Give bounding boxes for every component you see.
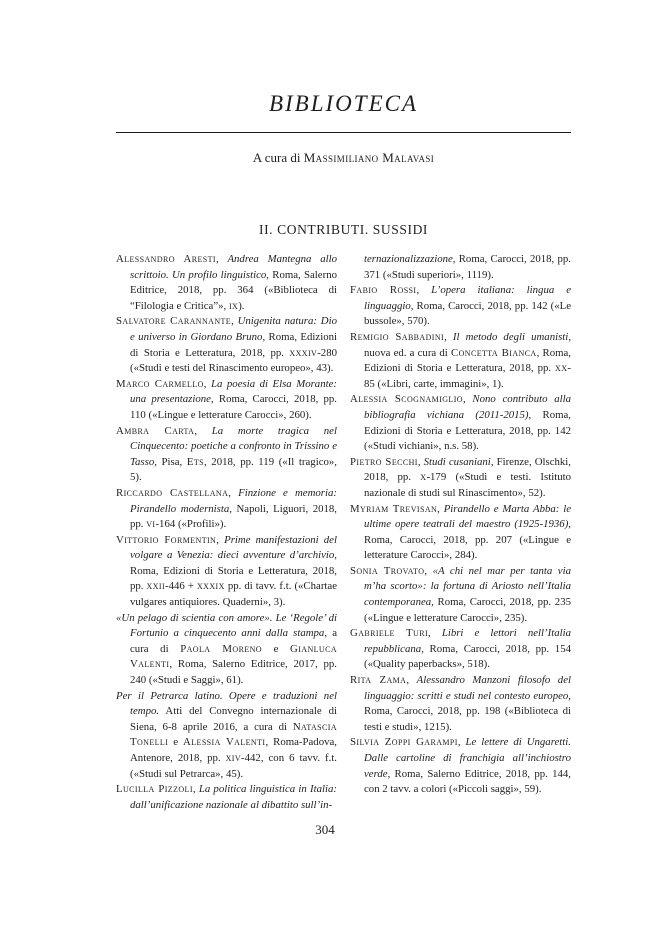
author-name: Lucilla Pizzoli (116, 783, 193, 795)
author-name: Fabio Rossi (350, 284, 416, 296)
entry-text: , (204, 378, 211, 390)
author-name: Myriam Trevisan (350, 503, 437, 515)
page-content: BIBLIOTECA A cura di Massimiliano Malava… (116, 0, 571, 813)
editor-credit: A cura di Massimiliano Malavasi (116, 150, 571, 165)
bibliography-columns: Alessandro Aresti, Andrea Mantegna allo … (116, 252, 571, 813)
page-number: 304 (0, 822, 650, 838)
author-name: Gabriele Turi (350, 627, 428, 639)
editor-name: Massimiliano Malavasi (304, 150, 434, 165)
bibliography-entry: Lucilla Pizzoli, La politica linguistica… (116, 782, 337, 813)
author-name: Concetta Bianca (451, 347, 537, 359)
document-page: BIBLIOTECA A cura di Massimiliano Malava… (0, 0, 650, 946)
author-name: Alessia Scognamiglio (350, 393, 463, 405)
entry-text: , (216, 253, 228, 265)
entry-text: ). (238, 300, 244, 312)
bibliography-entry: Marco Carmello, La poesia di Elsa Morant… (116, 377, 337, 424)
entry-text: , (416, 284, 431, 296)
bibliography-entry: Remigio Sabbadini, Il metodo degli umani… (350, 330, 571, 392)
entry-text: , (424, 565, 432, 577)
work-title: Il metodo degli umanisti (453, 331, 568, 343)
bibliography-entry: Pietro Secchi, Studi cusaniani, Firenze,… (350, 455, 571, 502)
author-name: Ambra Carta (116, 425, 194, 437)
page-title: BIBLIOTECA (116, 92, 571, 116)
bibliography-entry: Rita Zama, Alessandro Manzoni filosofo d… (350, 673, 571, 735)
author-name: xiv (226, 752, 241, 764)
author-name: Pietro Secchi (350, 456, 418, 468)
bibliography-entry: Alessandro Aresti, Andrea Mantegna allo … (116, 252, 337, 314)
author-name: Alessandro Aresti (116, 253, 216, 265)
author-name: Riccardo Castellana (116, 487, 228, 499)
bibliography-entry: Fabio Rossi, L’opera italiana: lingua e … (350, 283, 571, 330)
entry-text: , (463, 393, 472, 405)
author-name: Silvia Zoppi Garampi (350, 736, 458, 748)
bibliography-entry: Ambra Carta, La morte tragica nel Cinque… (116, 424, 337, 486)
entry-text: , (428, 627, 442, 639)
author-name: Sonia Trovato (350, 565, 424, 577)
author-name: Ets (187, 456, 204, 468)
bibliography-entry: «Un pelago di scientia con amore». Le ‘R… (116, 611, 337, 689)
author-name: Paola Moreno (180, 643, 262, 655)
bibliography-entry: Silvia Zoppi Garampi, Le lettere di Unga… (350, 735, 571, 797)
bibliography-entry: Per il Petrarca latino. Opere e traduzio… (116, 689, 337, 783)
entry-text: , (406, 674, 416, 686)
author-name: ix (229, 300, 238, 312)
author-name: Salvatore Carannante (116, 315, 231, 327)
author-name: Rita Zama (350, 674, 406, 686)
bibliography-column-left: Alessandro Aresti, Andrea Mantegna allo … (116, 252, 337, 813)
bibliography-column-right: ternazionalizzazione, Roma, Carocci, 201… (350, 252, 571, 813)
bibliography-entry: Myriam Trevisan, Pirandello e Marta Abba… (350, 502, 571, 564)
entry-text: , (216, 534, 224, 546)
author-name: xx (555, 362, 567, 374)
section-heading: II. CONTRIBUTI. SUSSIDI (116, 222, 571, 237)
author-name: Marco Carmello (116, 378, 204, 390)
author-name: xxxix (197, 580, 225, 592)
author-name: Vittorio Formentin (116, 534, 216, 546)
entry-text: e (168, 736, 183, 748)
bibliography-entry: Alessia Scognamiglio, Nono contributo al… (350, 392, 571, 454)
header-rule (116, 132, 571, 133)
bibliography-entry: Vittorio Formentin, Prime manifestazioni… (116, 533, 337, 611)
bibliography-entry: Salvatore Carannante, Unigenita natura: … (116, 314, 337, 376)
work-title: Studi cusaniani (424, 456, 491, 468)
entry-text: , Roma, Salerno Editrice, 2018, pp. 144,… (364, 768, 571, 796)
entry-text: -164 («Profili»). (155, 518, 226, 530)
bibliography-entry: Riccardo Castellana, Finzione e memoria:… (116, 486, 337, 533)
entry-text: , Pisa, (154, 456, 187, 468)
entry-text: , (194, 425, 211, 437)
entry-text: e (262, 643, 290, 655)
work-title: ternazionalizzazione (364, 253, 453, 265)
author-name: xxii (147, 580, 165, 592)
bibliography-entry: ternazionalizzazione, Roma, Carocci, 201… (350, 252, 571, 283)
entry-text: , (444, 331, 453, 343)
entry-text: , (228, 487, 238, 499)
author-name: Alessia Valenti (183, 736, 265, 748)
bibliography-entry: Sonia Trovato, «A chi nel mar per tanta … (350, 564, 571, 626)
entry-text: -446 + (165, 580, 197, 592)
bibliography-entry: Gabriele Turi, Libri e lettori nell’Ital… (350, 626, 571, 673)
editor-prefix: A cura di (253, 150, 304, 165)
author-name: xxxiv (289, 347, 317, 359)
author-name: Remigio Sabbadini (350, 331, 444, 343)
work-title: «Un pelago di scientia con amore». Le ‘R… (116, 612, 337, 640)
